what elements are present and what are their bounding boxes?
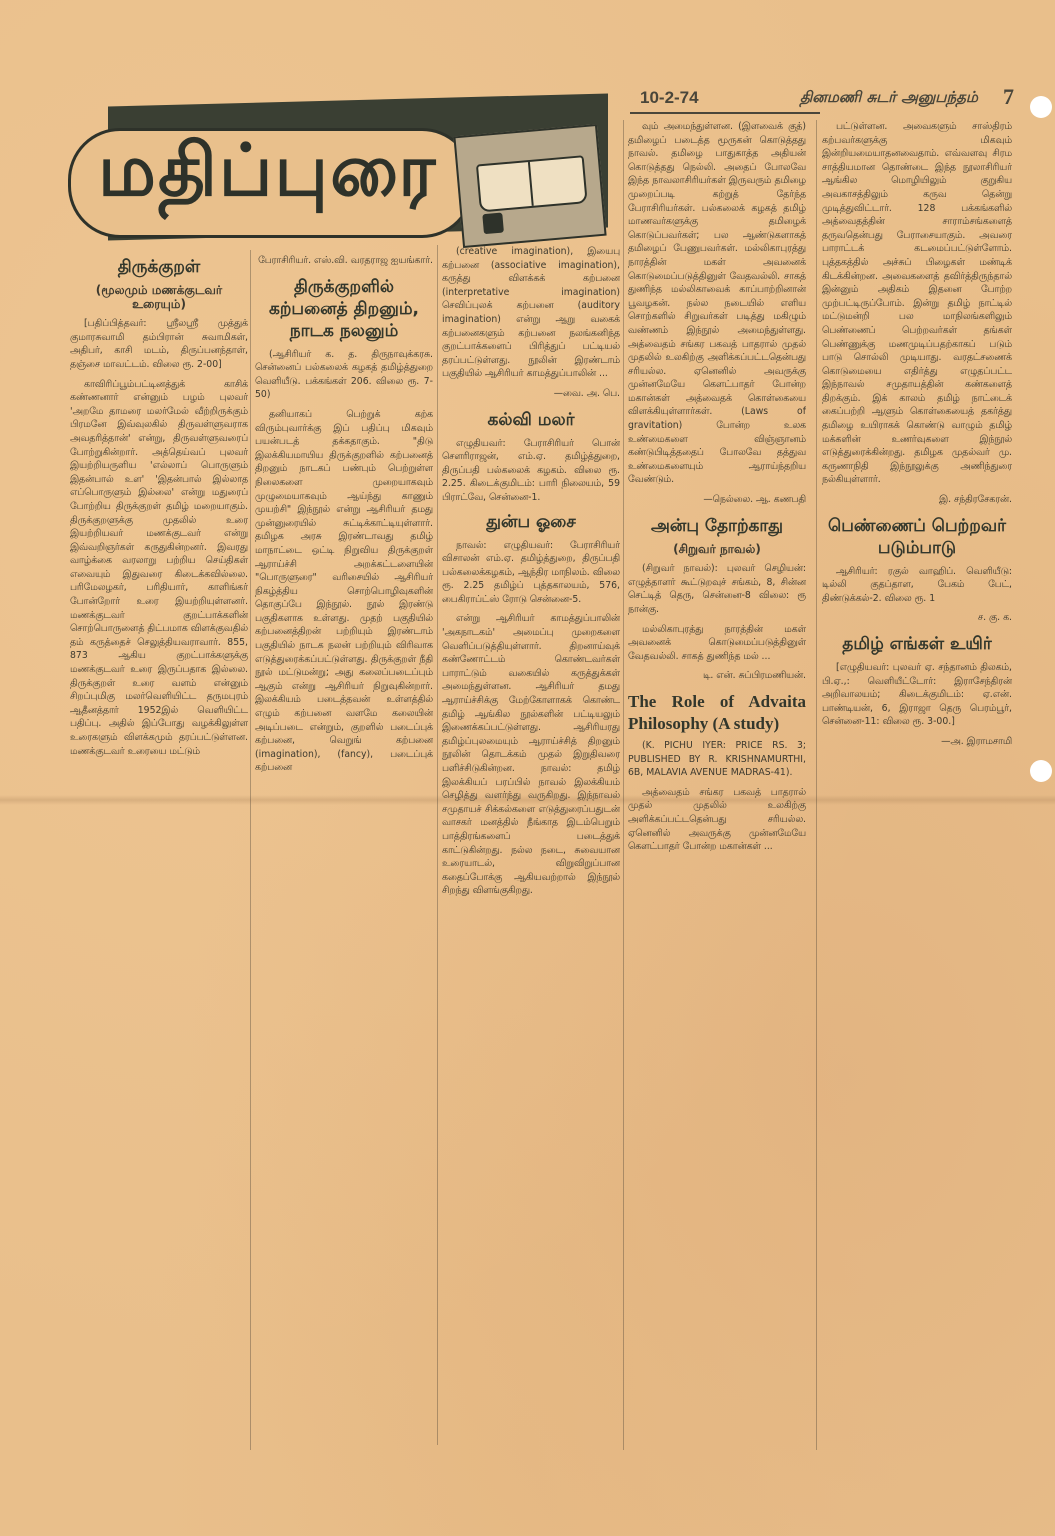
review-title: கல்வி மலர் <box>442 409 620 431</box>
column-4: வும் அமைந்துள்ளன. (இளவைக் குத்) தமிழைப் … <box>628 120 806 1450</box>
publisher-info: (சிறுவர் நாவல்): புலவர் செழியன்: எழுத்தா… <box>628 562 806 616</box>
reviewer-byline: —அ. இராமசாமி <box>822 735 1012 749</box>
review-title: திருக்குறள் <box>70 256 248 278</box>
publisher-info: [எழுதியவர்: புலவர் ஏ. சந்தானம் திலகம், ப… <box>822 661 1012 729</box>
reviewer-byline: பேராசிரியர். எஸ்.வி. வரதராஜ ஐயங்கார். <box>255 254 433 268</box>
column-2: பேராசிரியர். எஸ்.வி. வரதராஜ ஐயங்கார். தி… <box>255 250 433 1450</box>
punch-hole <box>1030 760 1052 782</box>
publisher-info: (K. PICHU IYER: PRICE RS. 3; PUBLISHED B… <box>628 739 806 780</box>
reviewer-byline: ச. கு. க. <box>822 611 1012 625</box>
reviewer-byline: —நெல்லை. ஆ. கணபதி <box>628 493 806 507</box>
issue-date: 10-2-74 <box>640 88 699 108</box>
publisher-info: எழுதியவர்: பேராசிரியர் பொன் சௌரிராஜன், எ… <box>442 437 620 505</box>
publisher-info: [பதிப்பித்தவர்: ஸ்ரீலஸ்ரீ முத்துக் குமார… <box>70 317 248 371</box>
column-rule <box>623 120 624 1450</box>
open-book-icon <box>476 155 588 212</box>
reviewer-byline: டி. என். சுப்பிரமணியன். <box>628 669 806 683</box>
column-rule <box>437 245 438 1445</box>
article-body: மல்லிகாபுரத்து நாரத்தின் மகள் அவனைக் கொட… <box>628 623 806 664</box>
column-3: (creative imagination), இயைபு கற்பனை (as… <box>442 245 620 1450</box>
review-title: தமிழ் எங்கள் உயிர் <box>822 633 1012 655</box>
column-5: பட்டுள்ளன. அவைகளும் சாஸ்திரம் கற்பவர்களு… <box>822 120 1012 1450</box>
article-body: (creative imagination), இயைபு கற்பனை (as… <box>442 245 620 381</box>
review-subtitle: (மூலமும் மணக்குடவர் உரையும்) <box>70 284 248 311</box>
review-title: அன்பு தோற்காது <box>628 515 806 537</box>
book-illustration <box>453 124 606 248</box>
review-title: திருக்குறளில் கற்பனைத் திறனும், நாடக நலன… <box>255 276 433 342</box>
inkpot-icon <box>482 213 504 235</box>
paper-name: தினமணி சுடர் அனுபந்தம் <box>800 88 978 108</box>
publisher-info: நாவல்: எழுதியவர்: பேராசிரியர் விசாலன் எம… <box>442 539 620 607</box>
article-body: வும் அமைந்துள்ளன. (இளவைக் குத்) தமிழைப் … <box>628 120 806 487</box>
publisher-info: ஆசிரியர்: ரகுல் வாஹிப். வெளியீடு: டில்லி… <box>822 565 1012 606</box>
newspaper-page: 10-2-74 தினமணி சுடர் அனுபந்தம் 7 மதிப்பு… <box>0 0 1055 1536</box>
header-rule <box>630 112 820 114</box>
publisher-info: (ஆசிரியர் க. த. திருநாவுக்கரசு. சென்னைப்… <box>255 348 433 402</box>
article-body: என்று ஆசிரியர் காமத்துப்பாலின் 'அகநாடகம்… <box>442 612 620 897</box>
review-title: பெண்ணைப் பெற்றவர் படும்பாடு <box>822 515 1012 559</box>
article-body: பட்டுள்ளன. அவைகளும் சாஸ்திரம் கற்பவர்களு… <box>822 120 1012 487</box>
column-rule <box>250 250 251 1450</box>
section-title: மதிப்புரை <box>98 128 437 222</box>
review-title-english: The Role of Advaita Philosophy (A study) <box>628 691 806 735</box>
punch-hole <box>1030 96 1052 118</box>
reviewer-byline: —வை. அ. பெ. <box>442 387 620 401</box>
page-number: 7 <box>1003 84 1014 110</box>
review-title: துன்ப ஓசை <box>442 511 620 533</box>
column-rule <box>816 120 817 1450</box>
review-subtitle: (சிறுவர் நாவல்) <box>628 543 806 557</box>
reviewer-byline: இ. சந்திரசேகரன். <box>822 493 1012 507</box>
article-body: தனியாகப் பெற்றுக் கற்க விரும்புவார்க்கு … <box>255 408 433 775</box>
section-banner: மதிப்புரை <box>68 100 620 240</box>
article-body: அத்வைதம் சங்கர பகவத் பாதரால் முதல் முதலி… <box>628 786 806 854</box>
article-body: காவிரிப்பூம்பட்டினத்துக் காசிக் கண்ணனார்… <box>70 378 248 759</box>
column-1: திருக்குறள் (மூலமும் மணக்குடவர் உரையும்)… <box>70 250 248 1450</box>
